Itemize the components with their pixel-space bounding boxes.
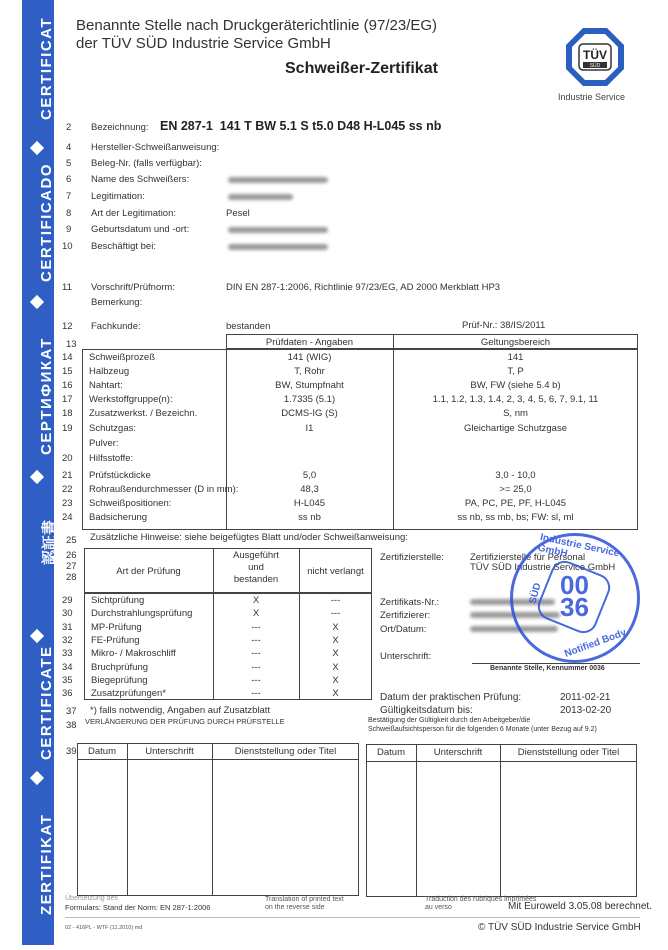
- confirmation-line-1: Bestätigung der Gültigkeit durch den Arb…: [368, 717, 530, 724]
- field-label: Beschäftigt bei:: [91, 241, 156, 252]
- tuv-logo-icon: TÜV SÜD: [565, 27, 625, 87]
- benannte-stelle: Benannte Stelle, Kennummer 0036: [490, 665, 605, 672]
- test-done: ---: [213, 688, 299, 699]
- note-zusatzblatt: *) falls notwendig, Angaben auf Zusatzbl…: [90, 705, 270, 716]
- logo-caption: Industrie Service: [558, 92, 625, 102]
- line-number: 23: [62, 498, 73, 509]
- field-label: Art der Legitimation:: [91, 208, 176, 219]
- line-number: 2: [66, 122, 71, 133]
- strip-label-certificate: CERTIFICATE: [38, 645, 55, 760]
- label-datum-praktisch: Datum der praktischen Prüfung:: [380, 692, 521, 703]
- line-number: 38: [66, 720, 77, 731]
- label-gueltig-bis: Gültigkeitsdatum bis:: [380, 705, 473, 716]
- test-name: Sichtprüfung: [91, 595, 144, 606]
- line-number: 9: [66, 224, 71, 235]
- line-number: 18: [62, 408, 73, 419]
- form-code: 02 - 416PL - WTF (11.2010) md: [65, 925, 142, 931]
- copyright: © TÜV SÜD Industrie Service GmbH: [478, 922, 641, 933]
- test-name: Zusatzprüfungen*: [91, 688, 166, 699]
- footer-mid-top: Translation of printed text: [265, 896, 344, 903]
- extension-table-right: [366, 744, 637, 897]
- line-number: 24: [62, 512, 73, 523]
- svg-text:TÜV: TÜV: [583, 47, 607, 62]
- row-label: Zusatzwerkst. / Bezeichn.: [89, 408, 197, 419]
- header-datum-left: Datum: [77, 746, 127, 757]
- row-pruefdaten: 5,0: [226, 470, 393, 481]
- row-label: Prüfstückdicke: [89, 470, 151, 481]
- line-numbers-26-28: 262728: [66, 550, 77, 583]
- row-geltungsbereich: PA, PC, PE, PF, H-L045: [393, 498, 638, 509]
- header-datum-right: Datum: [366, 747, 416, 758]
- test-not-required: ---: [299, 595, 372, 606]
- line-number: 14: [62, 352, 73, 363]
- line-number: 30: [62, 608, 73, 619]
- field-label: Vorschrift/Prüfnorm:: [91, 282, 175, 293]
- test-name: Durchstrahlungsprüfung: [91, 608, 192, 619]
- field-label: Fachkunde:: [91, 321, 141, 332]
- header-dienststellung-left: Dienststellung oder Titel: [212, 746, 359, 757]
- field-label: Bezeichnung:: [91, 122, 149, 133]
- line-number: 35: [62, 675, 73, 686]
- svg-text:SÜD: SÜD: [590, 62, 601, 69]
- header-geltungsbereich: Geltungsbereich: [393, 337, 638, 348]
- header-unterschrift-left: Unterschrift: [127, 746, 212, 757]
- strip-label-certificat: CERTIFICAT: [38, 17, 55, 120]
- line-number: 25: [66, 535, 77, 546]
- field-label: Hersteller-Schweißanweisung:: [91, 142, 219, 153]
- line-number: 29: [62, 595, 73, 606]
- row-pruefdaten: 48,3: [226, 484, 393, 495]
- test-done: ---: [213, 648, 299, 659]
- test-done: ---: [213, 662, 299, 673]
- test-not-required: ---: [299, 608, 372, 619]
- test-name: FE-Prüfung: [91, 635, 140, 646]
- line-number: 11: [62, 282, 72, 293]
- label-zertifizierstelle: Zertifizierstelle:: [380, 552, 444, 563]
- header-nicht-verlangt: nicht verlangt: [299, 566, 372, 577]
- redacted-value: [228, 177, 328, 183]
- line-number: 8: [66, 208, 71, 219]
- row-geltungsbereich: BW, FW (siehe 5.4 b): [393, 380, 638, 391]
- header-line-1: Benannte Stelle nach Druckgeräterichtlin…: [76, 17, 437, 34]
- line-number: 22: [62, 484, 73, 495]
- line-number: 20: [62, 453, 73, 464]
- line-number: 34: [62, 662, 73, 673]
- field-label: Legitimation:: [91, 191, 145, 202]
- header-unterschrift-right: Unterschrift: [416, 747, 500, 758]
- notified-body-stamp-icon: 00 36 Industrie Service GmbH SÜD Notifie…: [510, 533, 640, 663]
- strip-label-russian: CEPTИФИКАТ: [38, 337, 55, 455]
- test-not-required: X: [299, 648, 372, 659]
- test-name: MP-Prüfung: [91, 622, 142, 633]
- redacted-value: [228, 244, 328, 250]
- euroweld-note: Mit Euroweld 3.05.08 berechnet.: [508, 901, 652, 912]
- test-done: ---: [213, 675, 299, 686]
- header-line-2: der TÜV SÜD Industrie Service GmbH: [76, 35, 331, 52]
- field-label: Bemerkung:: [91, 297, 142, 308]
- footer-left-top: Übersetzung des: [65, 895, 118, 902]
- row-label: Rohraußendurchmesser (D in mm):: [89, 484, 238, 495]
- test-done: ---: [213, 635, 299, 646]
- line-number: 17: [62, 394, 73, 405]
- row-geltungsbereich: T, P: [393, 366, 638, 377]
- header-art-der-pruefung: Art der Prüfung: [84, 566, 213, 577]
- row-label: Schutzgas:: [89, 423, 136, 434]
- line-number: 6: [66, 174, 71, 185]
- row-geltungsbereich: 1.1, 1.2, 1.3, 1.4, 2, 3, 4, 5, 6, 7, 9.…: [393, 394, 638, 405]
- test-not-required: X: [299, 635, 372, 646]
- row-label: Badsicherung: [89, 512, 147, 523]
- pruef-nr: Prüf-Nr.: 38/IS/2011: [462, 320, 545, 331]
- row-pruefdaten: 141 (WIG): [226, 352, 393, 363]
- field-value: DIN EN 287-1:2006, Richtlinie 97/23/EG, …: [226, 282, 500, 293]
- row-geltungsbereich: Gleichartige Schutzgase: [393, 423, 638, 434]
- row-geltungsbereich: S, nm: [393, 408, 638, 419]
- line-number: 33: [62, 648, 73, 659]
- row-pruefdaten: I1: [226, 423, 393, 434]
- row-geltungsbereich: >= 25,0: [393, 484, 638, 495]
- header-ausgefuehrt: Ausgeführtundbestanden: [213, 550, 299, 586]
- row-label: Hilfsstoffe:: [89, 453, 133, 464]
- label-zertifikats-nr: Zertifikats-Nr.:: [380, 597, 439, 608]
- line-number: 5: [66, 158, 71, 169]
- test-not-required: X: [299, 662, 372, 673]
- document-title: Schweißer-Zertifikat: [285, 60, 438, 78]
- line-number: 7: [66, 191, 71, 202]
- test-not-required: X: [299, 688, 372, 699]
- label-unterschrift: Unterschrift:: [380, 651, 431, 662]
- field-value: bestanden: [226, 321, 270, 332]
- row-pruefdaten: DCMS-IG (S): [226, 408, 393, 419]
- row-pruefdaten: H-L045: [226, 498, 393, 509]
- field-value: EN 287-1 141 T BW 5.1 S t5.0 D48 H-L045 …: [160, 119, 441, 133]
- datum-praktisch: 2011-02-21: [560, 692, 610, 703]
- field-value: Pesel: [226, 208, 250, 219]
- redacted-value: [228, 194, 293, 200]
- line-number: 12: [62, 321, 73, 332]
- field-label: Name des Schweißers:: [91, 174, 189, 185]
- strip-label-japanese: 認証書: [38, 520, 59, 565]
- line-number: 10: [62, 241, 73, 252]
- footer-mid-bottom: on the reverse side: [265, 904, 325, 911]
- confirmation-line-2: Schweißaufsichtsperson für die folgenden…: [368, 726, 597, 733]
- row-pruefdaten: T, Rohr: [226, 366, 393, 377]
- strip-label-certificado: CERTIFICADO: [38, 163, 55, 282]
- line-number: 31: [62, 622, 73, 633]
- row-geltungsbereich: 141: [393, 352, 638, 363]
- row-label: Schweißprozeß: [89, 352, 155, 363]
- row-label: Werkstoffgruppe(n):: [89, 394, 173, 405]
- row-geltungsbereich: ss nb, ss mb, bs; FW: sl, ml: [393, 512, 638, 523]
- line-number: 39: [66, 746, 77, 757]
- line-number: 32: [62, 635, 73, 646]
- header-dienststellung-right: Dienststellung oder Titel: [500, 747, 637, 758]
- header-pruefdaten: Prüfdaten - Angaben: [226, 337, 393, 348]
- line-number: 15: [62, 366, 73, 377]
- gueltig-bis: 2013-02-20: [560, 705, 611, 716]
- line-number: 19: [62, 423, 73, 434]
- row-label: Pulver:: [89, 438, 119, 449]
- test-not-required: X: [299, 622, 372, 633]
- test-not-required: X: [299, 675, 372, 686]
- label-zertifizierer: Zertifizierer:: [380, 610, 430, 621]
- row-label: Halbzeug: [89, 366, 129, 377]
- footer-left-bottom: Formulars: Stand der Norm: EN 287-1:2006: [65, 903, 210, 912]
- line-number: 16: [62, 380, 73, 391]
- row-label: Nahtart:: [89, 380, 123, 391]
- field-label: Beleg-Nr. (falls verfügbar):: [91, 158, 202, 169]
- line-number: 4: [66, 142, 71, 153]
- label-ort-datum: Ort/Datum:: [380, 624, 426, 635]
- note-additional: Zusätzliche Hinweise: siehe beigefügtes …: [90, 532, 408, 543]
- test-done: X: [213, 608, 299, 619]
- row-pruefdaten: 1.7335 (5.1): [226, 394, 393, 405]
- line-number: 36: [62, 688, 73, 699]
- test-done: X: [213, 595, 299, 606]
- note-verlaengerung: VERLÄNGERUNG DER PRÜFUNG DURCH PRÜFSTELL…: [85, 717, 285, 726]
- row-label: Schweißpositionen:: [89, 498, 171, 509]
- row-pruefdaten: BW, Stumpfnaht: [226, 380, 393, 391]
- line-number: 13: [66, 339, 77, 350]
- test-name: Mikro- / Makroschliff: [91, 648, 176, 659]
- redacted-value: [228, 227, 328, 233]
- footer-right-bottom: au verso: [425, 904, 452, 911]
- strip-label-zertifikat: ZERTIFIKAT: [38, 814, 55, 915]
- field-label: Geburtsdatum und -ort:: [91, 224, 189, 235]
- row-geltungsbereich: 3,0 - 10,0: [393, 470, 638, 481]
- line-number: 37: [66, 706, 77, 717]
- test-done: ---: [213, 622, 299, 633]
- row-pruefdaten: ss nb: [226, 512, 393, 523]
- test-name: Biegeprüfung: [91, 675, 148, 686]
- line-number: 21: [62, 470, 73, 481]
- test-name: Bruchprüfung: [91, 662, 148, 673]
- extension-table-left: [77, 743, 359, 896]
